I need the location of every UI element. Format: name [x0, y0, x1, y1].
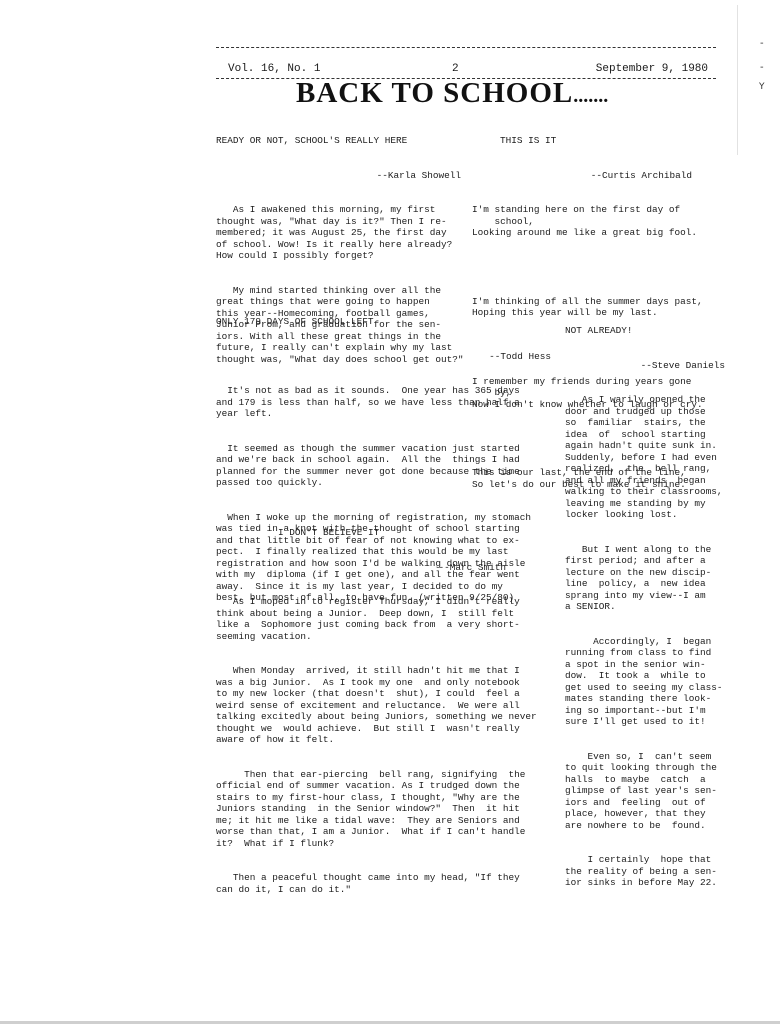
issue-date: September 9, 1980	[594, 62, 710, 76]
edge-mark: Y	[759, 82, 765, 92]
article-paragraph: As I awakened this morning, my first tho…	[216, 204, 461, 262]
article-title: READY OR NOT, SCHOOL'S REALLY HERE	[216, 135, 461, 147]
article-paragraph: I certainly hope that the reality of bei…	[565, 854, 725, 889]
article-byline: --Karla Showell	[216, 170, 461, 182]
masthead-dots: .......	[573, 85, 608, 107]
masthead-text: BACK TO SCHOOL	[296, 77, 573, 109]
article-title: ONLY 179 DAYS OF SCHOOL LEFT	[216, 316, 551, 328]
article-paragraph: But I went along to the first period; an…	[565, 544, 725, 613]
newsletter-page: - - Y Vol. 16, No. 1 2 September 9, 1980…	[0, 0, 780, 1024]
article-byline: --Todd Hess	[216, 351, 551, 363]
masthead-title: BACK TO SCHOOL.......	[296, 77, 608, 112]
article-paragraph: Then that ear-piercing bell rang, signif…	[216, 769, 551, 850]
article-paragraph: When Monday arrived, it still hadn't hit…	[216, 665, 551, 746]
article-paragraph: As I warily opened the door and trudged …	[565, 394, 725, 521]
article-byline: --Marc Smith	[216, 562, 551, 574]
top-dashed-rule	[216, 47, 716, 48]
article-paragraph: As I moped in to register Thursday, I di…	[216, 596, 551, 642]
article-paragraph: Then a peaceful thought came into my hea…	[216, 872, 551, 895]
article-byline: --Curtis Archibald	[472, 170, 727, 182]
article-not-already: NOT ALREADY! --Steve Daniels As I warily…	[565, 302, 725, 912]
article-paragraph: Even so, I can't seem to quit looking th…	[565, 751, 725, 832]
scan-edge-line	[737, 5, 738, 155]
edge-mark: -	[760, 62, 764, 73]
article-paragraph: It's not as bad as it sounds. One year h…	[216, 385, 551, 420]
article-paragraph: It seemed as though the summer vacation …	[216, 443, 551, 489]
poem-stanza: I'm standing here on the first day of sc…	[472, 204, 727, 239]
page-number: 2	[450, 62, 461, 76]
article-i-dont-believe-it: I DON'T BELIEVE IT --Marc Smith As I mop…	[216, 504, 551, 918]
article-byline: --Steve Daniels	[565, 360, 725, 372]
article-title: NOT ALREADY!	[565, 325, 725, 337]
article-title: THIS IS IT	[472, 135, 727, 147]
edge-mark: -	[760, 38, 764, 49]
article-paragraph: Accordingly, I began running from class …	[565, 636, 725, 728]
article-title: I DON'T BELIEVE IT	[216, 527, 551, 539]
volume-number: Vol. 16, No. 1	[226, 62, 322, 76]
